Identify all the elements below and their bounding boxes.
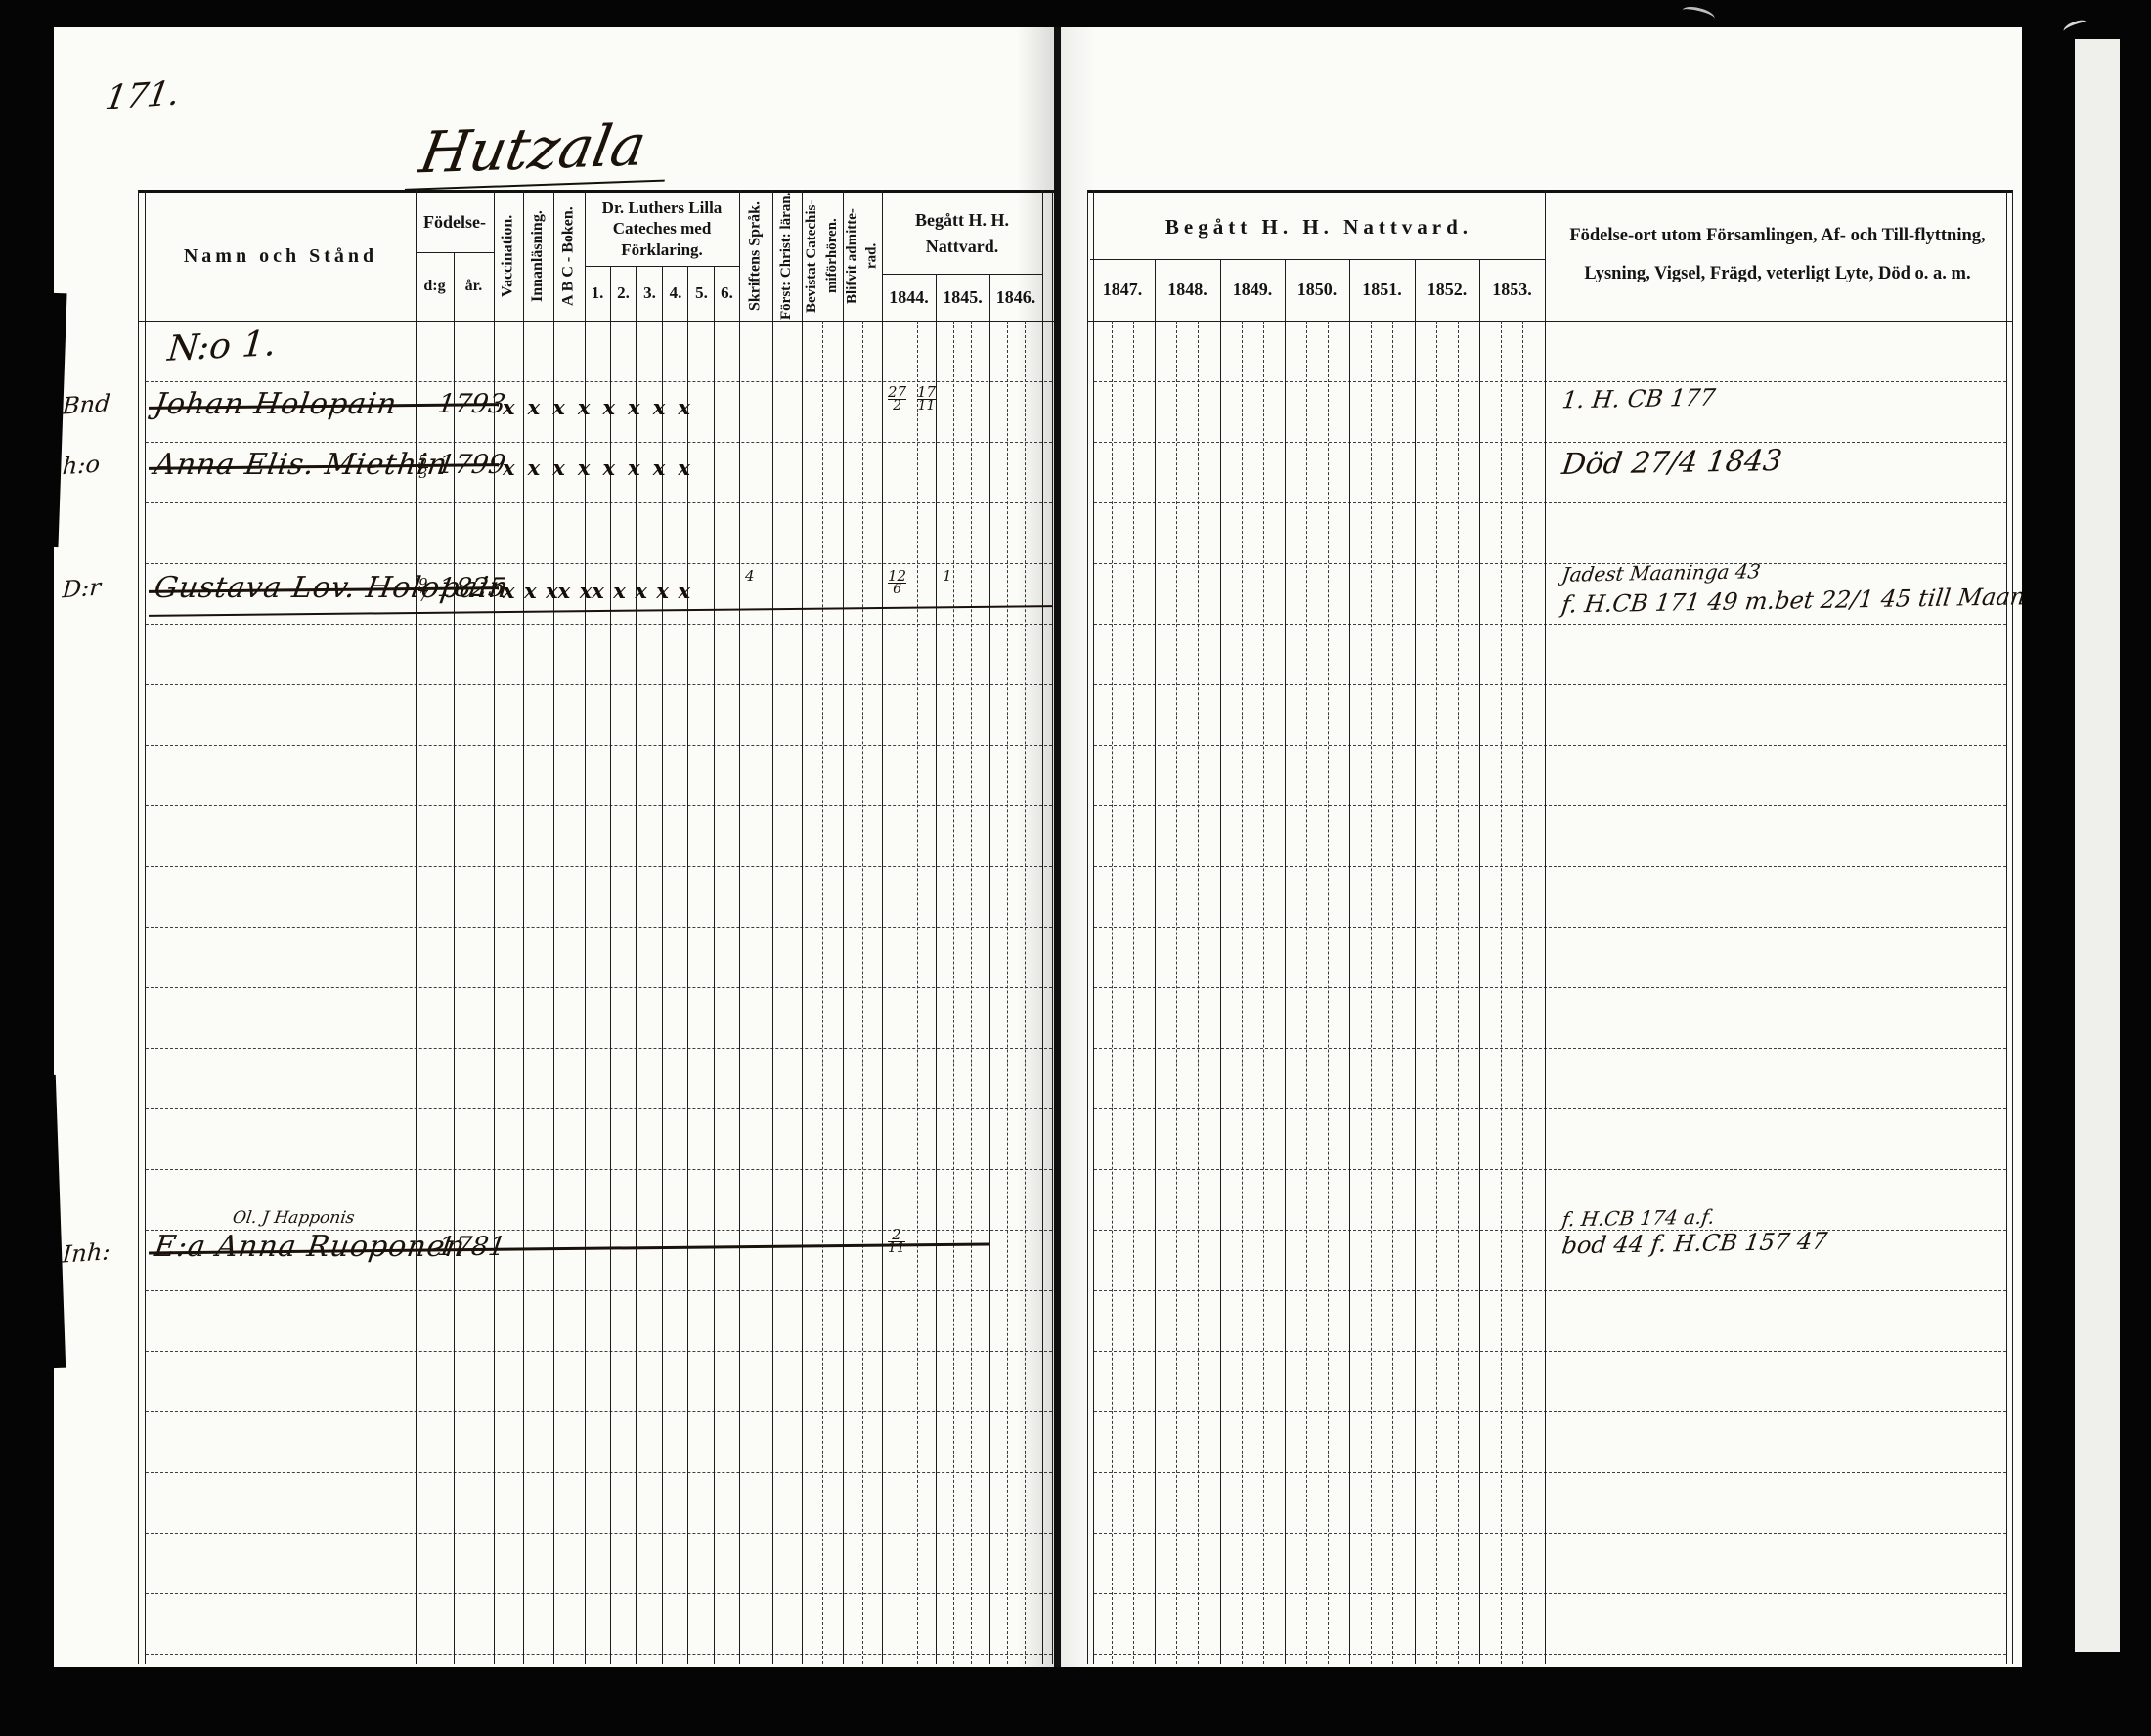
entry-margin-status: D:r xyxy=(62,574,102,604)
x-mark: xx xyxy=(580,579,604,603)
rule-line-vertical xyxy=(971,321,972,1664)
rule-line-vertical xyxy=(2006,190,2007,1664)
header-year-cell: 4. xyxy=(663,266,688,321)
header-script-language: Skriftens Språk. xyxy=(739,192,772,321)
page-number: 171. xyxy=(103,73,184,118)
x-mark: x xyxy=(528,395,541,419)
rule-line-vertical xyxy=(882,190,883,1664)
header-reading: Innanläsning. xyxy=(523,192,553,321)
header-name-col: Namn och Stånd xyxy=(146,192,416,321)
rule-line-vertical xyxy=(1176,321,1177,1664)
x-mark: x xyxy=(578,395,591,419)
rule-line-horizontal xyxy=(146,1593,1052,1594)
x-mark: x xyxy=(603,456,616,480)
x-mark: x xyxy=(503,456,515,480)
rule-line-horizontal xyxy=(1094,805,2006,806)
rule-line-horizontal xyxy=(1094,866,2006,867)
rule-line-vertical xyxy=(2012,190,2013,1664)
header-year-cell: 1852. xyxy=(1415,259,1479,321)
entry-margin-status: Bnd xyxy=(62,389,111,419)
rule-line-vertical xyxy=(1306,321,1307,1664)
rule-line-vertical xyxy=(145,190,146,1664)
rule-line-horizontal xyxy=(1094,1472,2006,1473)
x-mark: x xyxy=(528,456,541,480)
x-mark: x xyxy=(653,395,666,419)
rule-line-vertical xyxy=(900,321,900,1664)
rule-line-vertical xyxy=(1112,321,1113,1664)
rule-line-horizontal xyxy=(146,745,1052,746)
rule-line-horizontal xyxy=(1094,1169,2006,1170)
rule-line-vertical xyxy=(1220,259,1221,1664)
header-year-cell: 5. xyxy=(688,266,715,321)
rule-line-vertical xyxy=(1198,321,1199,1664)
x-mark: x xyxy=(603,395,616,419)
rule-line-horizontal xyxy=(1094,1048,2006,1049)
x-mark: x xyxy=(678,456,690,480)
rule-line-vertical xyxy=(739,190,740,1664)
rule-line-vertical xyxy=(1285,259,1286,1664)
rule-line-horizontal xyxy=(1094,1108,2006,1109)
attainment-x-marks: xxxxxxxxxx xyxy=(503,579,690,603)
rule-line-vertical xyxy=(1263,321,1264,1664)
entry-birth-date-fraction: 97 xyxy=(418,577,428,605)
rule-line-vertical xyxy=(989,274,990,1664)
x-mark: x xyxy=(628,395,640,419)
rule-line-horizontal xyxy=(146,927,1052,928)
header-year-cell: 2. xyxy=(610,266,637,321)
x-mark: x xyxy=(653,456,666,480)
entry-margin-status: h:o xyxy=(62,451,101,481)
rule-line-vertical xyxy=(1133,321,1134,1664)
rule-line-vertical xyxy=(936,274,937,1664)
rule-line-vertical xyxy=(138,190,139,1664)
rule-line-horizontal xyxy=(146,1533,1052,1534)
x-mark: x xyxy=(503,579,515,603)
rule-line-horizontal xyxy=(146,684,1052,685)
header-attended-line2: miförhören. xyxy=(823,192,843,321)
rule-line-horizontal xyxy=(1090,259,1545,260)
scan-edge-left xyxy=(0,0,54,1736)
rule-line-vertical xyxy=(1545,190,1546,1664)
rule-line-vertical xyxy=(862,321,863,1664)
attainment-x-marks: xxxxxxxx xyxy=(503,395,690,419)
header-birth-year: år. xyxy=(454,252,494,321)
header-vaccination: Vaccination. xyxy=(494,192,523,321)
entry-note: Jadest Maaninga 43 xyxy=(1560,559,1762,586)
header-attended-line1: Bevistat Catechis- xyxy=(802,192,823,321)
rule-line-horizontal xyxy=(138,190,1054,193)
header-year-cell: 1850. xyxy=(1285,259,1349,321)
header-year-cell: 3. xyxy=(637,266,663,321)
rule-line-horizontal xyxy=(1094,1654,2006,1655)
rule-line-vertical xyxy=(1349,259,1350,1664)
entry-small-note: Ol. J Happonis xyxy=(232,1208,356,1228)
header-year-cell: 1. xyxy=(585,266,610,321)
rule-line-vertical xyxy=(772,190,773,1664)
header-year-cell: 6. xyxy=(715,266,739,321)
rule-line-horizontal xyxy=(1094,502,2006,503)
page-title: Hutzala xyxy=(405,110,677,191)
x-mark: x xyxy=(613,579,626,603)
communion-date-mark: 1711 xyxy=(917,385,936,413)
scan-edge-bottom xyxy=(0,1667,2151,1736)
entry-name: E:a Anna Ruoponen xyxy=(153,1230,468,1264)
rule-line-vertical xyxy=(714,266,715,1664)
rule-line-horizontal xyxy=(1094,927,2006,928)
header-year-cell: 1849. xyxy=(1220,259,1285,321)
communion-date-mark: 126 xyxy=(888,569,906,597)
rule-line-horizontal xyxy=(1094,381,2006,382)
scanned-parish-register-spread: 171. Hutzala Namn och Stånd Födelse- d:g… xyxy=(0,0,2151,1736)
x-mark: x xyxy=(578,456,591,480)
entry-note: Död 27/4 1843 xyxy=(1560,444,1784,482)
rule-line-horizontal xyxy=(146,624,1052,625)
rule-line-vertical xyxy=(917,321,918,1664)
header-year-cell: 1853. xyxy=(1479,259,1545,321)
rule-line-vertical xyxy=(802,190,803,1664)
rule-line-horizontal xyxy=(1087,190,2012,193)
rule-line-horizontal xyxy=(1094,1533,2006,1534)
entry-margin-status: Inh: xyxy=(62,1237,111,1268)
rule-line-vertical xyxy=(1371,321,1372,1664)
header-first-christendom: Först: Christ: läran. xyxy=(772,192,802,321)
header-year-cell: 1851. xyxy=(1349,259,1415,321)
rule-line-horizontal xyxy=(416,252,494,253)
header-birth-group: Födelse- xyxy=(416,194,494,250)
rule-line-vertical xyxy=(416,190,417,1664)
header-right-years: 1847.1848.1849.1850.1851.1852.1853. xyxy=(1090,259,1545,321)
header-notes-line2: Lysning, Vigsel, Frägd, veterligt Lyte, … xyxy=(1557,255,1998,293)
rule-line-horizontal xyxy=(146,1654,1052,1655)
rule-line-horizontal xyxy=(146,563,1052,564)
rule-line-horizontal xyxy=(1094,563,2006,564)
adjacent-page-edge xyxy=(2075,39,2120,1652)
x-mark: x xyxy=(678,395,690,419)
rule-line-vertical xyxy=(1007,321,1008,1664)
header-year-cell: 1845. xyxy=(936,274,989,321)
rule-line-horizontal xyxy=(146,1472,1052,1473)
rule-line-horizontal xyxy=(146,442,1052,443)
header-year-cell: 1848. xyxy=(1155,259,1220,321)
rule-line-vertical xyxy=(1458,321,1459,1664)
x-mark: x xyxy=(656,579,669,603)
entry-birth-date-fraction: 53 xyxy=(418,454,428,482)
rule-line-horizontal xyxy=(1094,1351,2006,1352)
rule-line-vertical xyxy=(1242,321,1243,1664)
rule-line-vertical xyxy=(1436,321,1437,1664)
x-mark: x xyxy=(503,395,515,419)
rule-line-vertical xyxy=(1392,321,1393,1664)
rule-line-horizontal xyxy=(146,987,1052,988)
header-communion-right: Begått H. H. Nattvard. xyxy=(1093,195,1545,258)
rule-line-vertical xyxy=(953,321,954,1664)
group-number-label: N:o 1. xyxy=(166,324,278,369)
x-mark: x xyxy=(628,456,640,480)
header-cateches-group: Dr. Luthers Lilla Cateches med Förklarin… xyxy=(589,194,735,264)
header-year-cell: 1847. xyxy=(1090,259,1155,321)
rule-line-vertical xyxy=(1501,321,1502,1664)
rule-line-horizontal xyxy=(146,1108,1052,1109)
rule-line-horizontal xyxy=(1094,745,2006,746)
rule-line-horizontal xyxy=(1094,1230,2006,1231)
entry-birth-year: 1781 xyxy=(436,1232,507,1262)
rule-line-horizontal xyxy=(1094,1593,2006,1594)
rule-line-horizontal xyxy=(146,1411,1052,1412)
communion-date-mark: 4 xyxy=(745,569,755,583)
rule-line-horizontal xyxy=(1094,1411,2006,1412)
rule-line-horizontal xyxy=(146,1351,1052,1352)
rule-line-horizontal xyxy=(1087,321,2012,322)
x-mark: x xyxy=(552,395,565,419)
rule-line-horizontal xyxy=(146,805,1052,806)
header-year-cell: 1844. xyxy=(882,274,936,321)
rule-line-vertical xyxy=(843,190,844,1664)
rule-line-horizontal xyxy=(146,381,1052,382)
rule-line-horizontal xyxy=(1094,987,2006,988)
entry-note: f. H.CB 174 a.f. xyxy=(1560,1205,1716,1232)
x-mark: xx xyxy=(546,579,570,603)
x-mark: x xyxy=(552,456,565,480)
rule-line-horizontal xyxy=(1094,442,2006,443)
rule-line-horizontal xyxy=(146,1048,1052,1049)
gutter-fold-line xyxy=(1054,27,1061,1670)
rule-line-vertical xyxy=(1328,321,1329,1664)
header-birth-day: d:g xyxy=(416,252,454,321)
header-abc-book: A B C - Boken. xyxy=(553,192,585,321)
entry-note: bod 44 f. H.CB 157 47 xyxy=(1560,1228,1828,1260)
header-admitted-line1: Blifvit admitte- xyxy=(843,192,863,321)
header-notes-line1: Födelse-ort utom Församlingen, Af- och T… xyxy=(1557,217,1998,255)
rule-line-vertical xyxy=(1479,259,1480,1664)
communion-date-mark: 272 xyxy=(888,385,906,413)
communion-date-mark: 1 xyxy=(943,569,952,583)
rule-line-horizontal xyxy=(146,866,1052,867)
communion-date-mark: 211 xyxy=(888,1228,905,1256)
rule-line-vertical xyxy=(1415,259,1416,1664)
header-notes-column: Födelse-ort utom Församlingen, Af- och T… xyxy=(1557,217,1998,321)
rule-line-horizontal xyxy=(1094,684,2006,685)
rule-line-vertical xyxy=(822,321,823,1664)
attainment-x-marks: xxxxxxxx xyxy=(503,456,690,480)
header-admitted-line2: rad. xyxy=(863,192,882,321)
rule-line-vertical xyxy=(1155,259,1156,1664)
x-mark: x xyxy=(678,579,690,603)
rule-line-horizontal xyxy=(1094,1290,2006,1291)
x-mark: x xyxy=(524,579,537,603)
rule-line-vertical xyxy=(1522,321,1523,1664)
rule-line-horizontal xyxy=(146,1169,1052,1170)
rule-line-horizontal xyxy=(146,1290,1052,1291)
x-mark: x xyxy=(635,579,647,603)
entry-note: 1. H. CB 177 xyxy=(1560,384,1717,414)
rule-line-horizontal xyxy=(1094,624,2006,625)
rule-line-horizontal xyxy=(146,502,1052,503)
scan-edge-top xyxy=(0,0,2151,27)
